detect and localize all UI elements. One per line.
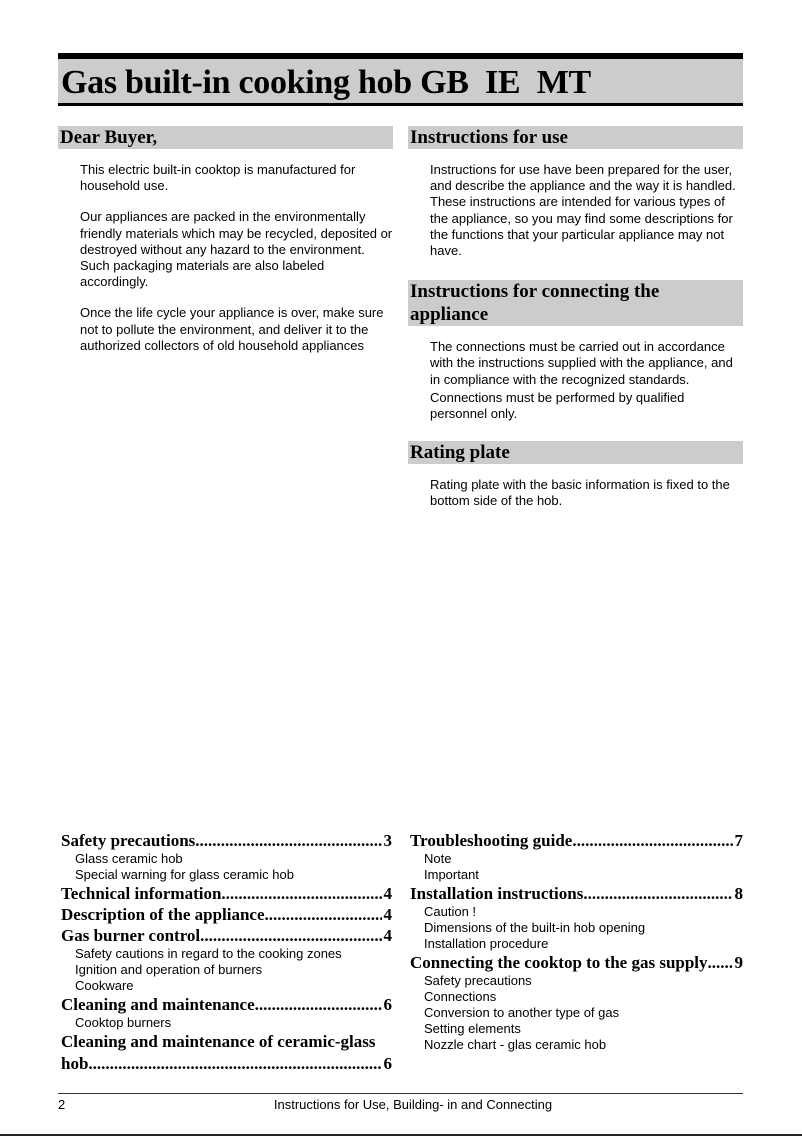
toc-subentry[interactable]: Cookware [61, 978, 392, 994]
toc-leader-dots [221, 883, 381, 904]
toc-subentry[interactable]: Safety cautions in regard to the cooking… [61, 946, 392, 962]
toc-label: hob [61, 1053, 88, 1075]
title-bar: Gas built-in cooking hob GB IE MT [58, 53, 743, 106]
toc-subentry[interactable]: Ignition and operation of burners [61, 962, 392, 978]
toc-subentry[interactable]: Installation procedure [410, 936, 743, 952]
toc-page-number: 3 [382, 830, 393, 851]
toc-label: Connecting the cooktop to the gas supply [410, 952, 708, 973]
left-column: Dear Buyer, This electric built-in cookt… [58, 126, 393, 369]
table-of-contents-right: Troubleshooting guide 7 Note Important I… [410, 830, 743, 1053]
toc-leader-dots [583, 883, 732, 904]
toc-page-number: 8 [733, 883, 744, 904]
toc-entry-installation-instructions[interactable]: Installation instructions 8 [410, 883, 743, 904]
section-heading-dear-buyer: Dear Buyer, [58, 126, 393, 149]
toc-label: Troubleshooting guide [410, 830, 572, 851]
toc-subentry[interactable]: Connections [410, 989, 743, 1005]
paragraph: Connections must be performed by qualifi… [430, 390, 743, 422]
toc-subentry[interactable]: Special warning for glass ceramic hob [61, 867, 392, 883]
section-body-instructions-for-use: Instructions for use have been prepared … [408, 149, 743, 259]
toc-entry-safety-precautions[interactable]: Safety precautions3 [61, 830, 392, 851]
toc-label: Safety precautions [61, 830, 195, 851]
toc-subentry[interactable]: Dimensions of the built-in hob opening [410, 920, 743, 936]
toc-entry-cleaning-and-maintenance[interactable]: Cleaning and maintenance 6 [61, 994, 392, 1015]
toc-label: Technical information [61, 883, 221, 904]
toc-subentry[interactable]: Glass ceramic hob [61, 851, 392, 867]
section-heading-instructions-for-use: Instructions for use [408, 126, 743, 149]
toc-entry-technical-information[interactable]: Technical information 4 [61, 883, 392, 904]
toc-subentry[interactable]: Caution ! [410, 904, 743, 920]
toc-entry-description-of-appliance[interactable]: Description of the appliance4 [61, 904, 392, 925]
toc-page-number: 6 [382, 994, 393, 1015]
toc-subentry[interactable]: Nozzle chart - glas ceramic hob [410, 1037, 743, 1053]
section-heading-rating-plate: Rating plate [408, 441, 743, 464]
section-body-rating-plate: Rating plate with the basic information … [408, 464, 743, 509]
footer-text: Instructions for Use, Building- in and C… [58, 1097, 768, 1112]
toc-subentry[interactable]: Note [410, 851, 743, 867]
toc-entry-cleaning-ceramic-glass-cont[interactable]: hob 6 [61, 1053, 392, 1075]
toc-label: Cleaning and maintenance of ceramic-glas… [61, 1032, 375, 1051]
toc-leader-dots [195, 830, 381, 851]
toc-page-number: 7 [733, 830, 744, 851]
toc-subentry[interactable]: Safety precautions [410, 973, 743, 989]
paragraph: Instructions for use have been prepared … [430, 162, 743, 259]
toc-label: Description of the appliance [61, 904, 265, 925]
toc-entry-connecting-gas-supply[interactable]: Connecting the cooktop to the gas supply… [410, 952, 743, 973]
right-column: Instructions for use Instructions for us… [408, 126, 743, 525]
toc-subentry[interactable]: Cooktop burners [61, 1015, 392, 1031]
paragraph: Our appliances are packed in the environ… [80, 209, 393, 290]
toc-label: Installation instructions [410, 883, 583, 904]
toc-page-number: 4 [382, 883, 393, 904]
toc-subentry[interactable]: Conversion to another type of gas [410, 1005, 743, 1021]
toc-entry-gas-burner-control[interactable]: Gas burner control4 [61, 925, 392, 946]
footer-divider [58, 1093, 743, 1094]
toc-entry-troubleshooting-guide[interactable]: Troubleshooting guide 7 [410, 830, 743, 851]
table-of-contents-left: Safety precautions3 Glass ceramic hob Sp… [61, 830, 392, 1075]
toc-entry-cleaning-ceramic-glass[interactable]: Cleaning and maintenance of ceramic-glas… [61, 1031, 392, 1053]
paragraph: The connections must be carried out in a… [430, 339, 743, 388]
toc-page-number: 4 [382, 925, 393, 946]
toc-page-number: 6 [382, 1053, 393, 1075]
toc-leader-dots [88, 1053, 381, 1075]
toc-label: Gas burner control [61, 925, 200, 946]
section-body-instructions-for-connecting: The connections must be carried out in a… [408, 326, 743, 422]
toc-page-number: 4 [382, 904, 393, 925]
toc-subentry[interactable]: Setting elements [410, 1021, 743, 1037]
toc-leader-dots [572, 830, 732, 851]
document-title: Gas built-in cooking hob GB IE MT [58, 59, 743, 102]
toc-leader-dots [255, 994, 382, 1015]
toc-leader-dots [200, 925, 381, 946]
paragraph: Once the life cycle your appliance is ov… [80, 305, 393, 354]
toc-subentry[interactable]: Important [410, 867, 743, 883]
section-body-dear-buyer: This electric built-in cooktop is manufa… [58, 149, 393, 354]
toc-label: Cleaning and maintenance [61, 994, 255, 1015]
paragraph: This electric built-in cooktop is manufa… [80, 162, 393, 194]
paragraph: Rating plate with the basic information … [430, 477, 743, 509]
section-heading-instructions-for-connecting: Instructions for connecting the applianc… [408, 280, 743, 326]
toc-leader-dots [708, 952, 733, 973]
toc-page-number: 9 [733, 952, 744, 973]
toc-leader-dots [265, 904, 382, 925]
